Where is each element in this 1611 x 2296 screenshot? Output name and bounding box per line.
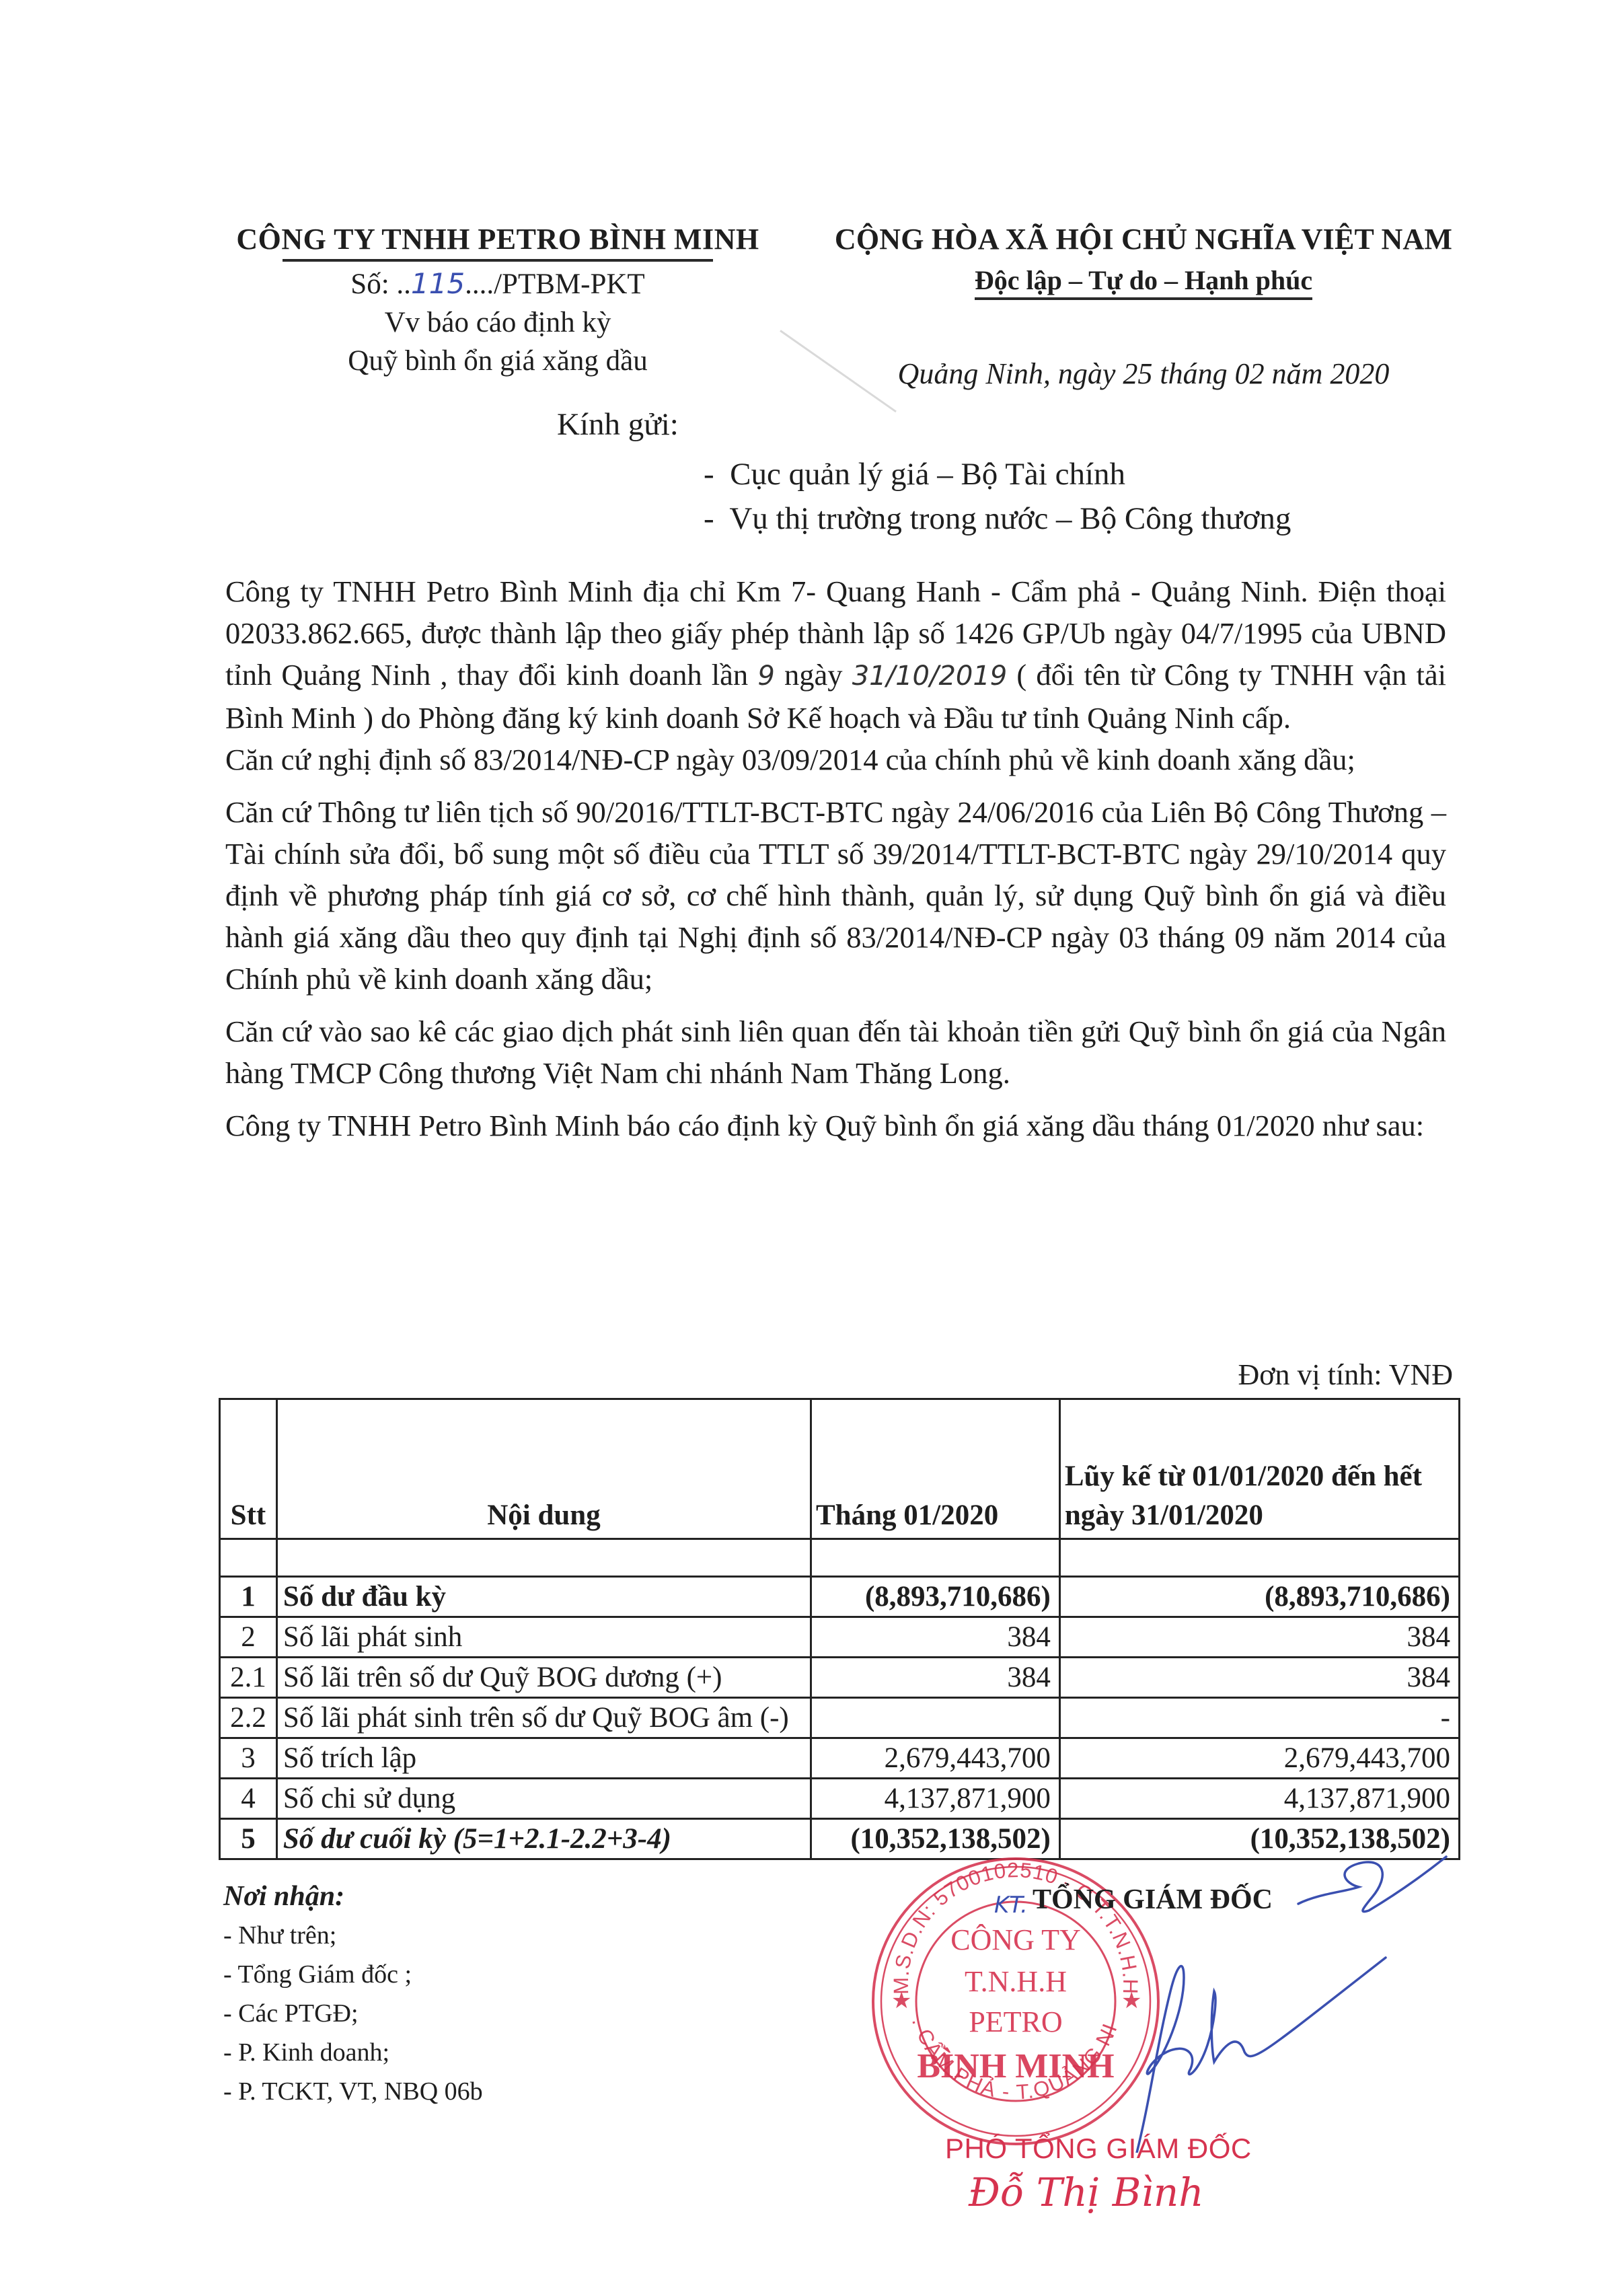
addressee-list: Cục quản lý giá – Bộ Tài chính Vụ thị tr… [704, 452, 1291, 541]
row-month-value: 384 [811, 1658, 1060, 1698]
row-cumulative-value: 2,679,443,700 [1059, 1738, 1459, 1779]
nation-title: CỘNG HÒA XÃ HỘI CHỦ NGHĨA VIỆT NAM [807, 222, 1480, 256]
doc-no-prefix: Số: .. [350, 268, 411, 300]
distribution-title: Nơi nhận: [223, 1877, 483, 1916]
distribution-item: - Như trên; [223, 1916, 483, 1955]
col-header-month: Tháng 01/2020 [811, 1399, 1060, 1539]
row-content: Số chi sử dụng [276, 1779, 811, 1819]
doc-no-suffix: ..../PTBM-PKT [465, 268, 645, 300]
col-header-cumulative: Lũy kế từ 01/01/2020 đến hết ngày 31/01/… [1059, 1399, 1459, 1539]
table-row: 2Số lãi phát sinh384384 [220, 1617, 1460, 1658]
currency-unit: Đơn vị tính: VNĐ [1238, 1358, 1453, 1392]
doc-no-handwritten: 115 [411, 267, 465, 300]
table-row: 1Số dư đầu kỳ(8,893,710,686)(8,893,710,6… [220, 1577, 1460, 1617]
subject-line-2: Quỹ bình ổn giá xăng dầu [202, 344, 794, 377]
distribution-item: - Các PTGĐ; [223, 1994, 483, 2033]
row-month-value: 384 [811, 1617, 1060, 1658]
row-content: Số trích lập [276, 1738, 811, 1779]
paragraph-company-info: Công ty TNHH Petro Bình Minh địa chỉ Km … [225, 570, 1446, 739]
handwritten-amendment-count: 9 [757, 661, 774, 692]
paragraph-report-intro: Công ty TNHH Petro Bình Minh báo cáo địn… [225, 1105, 1446, 1146]
row-content: Số dư cuối kỳ (5=1+2.1-2.2+3-4) [276, 1819, 811, 1859]
row-cumulative-value: 384 [1059, 1617, 1459, 1658]
table-row: 2.1Số lãi trên số dư Quỹ BOG dương (+)38… [220, 1658, 1460, 1698]
row-month-value: 2,679,443,700 [811, 1738, 1060, 1779]
row-content: Số lãi phát sinh trên số dư Quỹ BOG âm (… [276, 1698, 811, 1738]
row-month-value [811, 1698, 1060, 1738]
row-content: Số dư đầu kỳ [276, 1577, 811, 1617]
handwritten-amendment-date: 31/10/2019 [852, 661, 1008, 692]
row-cumulative-value: - [1059, 1698, 1459, 1738]
signer-name: Đỗ Thị Bình [969, 2170, 1204, 2215]
signer-role: PHÓ TỔNG GIÁM ĐỐC [945, 2133, 1252, 2165]
subject-line-1: Vv báo cáo định kỳ [202, 306, 794, 339]
row-cumulative-value: 384 [1059, 1658, 1459, 1698]
row-stt: 2.2 [220, 1698, 277, 1738]
row-stt: 4 [220, 1779, 277, 1819]
row-content: Số lãi trên số dư Quỹ BOG dương (+) [276, 1658, 811, 1698]
row-stt: 1 [220, 1577, 277, 1617]
row-month-value: (8,893,710,686) [811, 1577, 1060, 1617]
addressee-item: Vụ thị trường trong nước – Bộ Công thươn… [704, 496, 1291, 541]
row-stt: 2 [220, 1617, 277, 1658]
col-header-content: Nội dung [276, 1399, 811, 1539]
distribution-item: - P. Kinh doanh; [223, 2033, 483, 2072]
distribution-item: - P. TCKT, VT, NBQ 06b [223, 2072, 483, 2111]
row-content: Số lãi phát sinh [276, 1617, 811, 1658]
row-cumulative-value: (8,893,710,686) [1059, 1577, 1459, 1617]
paragraph-bank-statement: Căn cứ vào sao kê các giao dịch phát sin… [225, 1010, 1446, 1094]
national-motto: Độc lập – Tự do – Hạnh phúc [975, 264, 1312, 300]
letter-body: Công ty TNHH Petro Bình Minh địa chỉ Km … [225, 570, 1446, 1146]
table-header-row: Stt Nội dung Tháng 01/2020 Lũy kế từ 01/… [220, 1399, 1460, 1539]
fund-report-table: Stt Nội dung Tháng 01/2020 Lũy kế từ 01/… [219, 1398, 1460, 1860]
place-date: Quảng Ninh, ngày 25 tháng 02 năm 2020 [807, 357, 1480, 391]
company-name: CÔNG TY TNHH PETRO BÌNH MINH [236, 222, 759, 258]
addressee-label: Kính gửi: [557, 406, 679, 443]
document-number: Số: ..115..../PTBM-PKT [202, 267, 794, 301]
row-stt: 5 [220, 1819, 277, 1859]
issuer-block: CÔNG TY TNHH PETRO BÌNH MINH Số: ..115..… [202, 222, 794, 377]
row-stt: 3 [220, 1738, 277, 1779]
distribution-list: Nơi nhận: - Như trên; - Tổng Giám đốc ; … [223, 1877, 483, 2111]
table-row: 3Số trích lập2,679,443,7002,679,443,700 [220, 1738, 1460, 1779]
row-cumulative-value: 4,137,871,900 [1059, 1779, 1459, 1819]
company-info-text: ngày [775, 658, 852, 692]
paragraph-circular: Căn cứ Thông tư liên tịch số 90/2016/TTL… [225, 791, 1446, 1000]
addressee-item: Cục quản lý giá – Bộ Tài chính [704, 452, 1291, 496]
col-header-stt: Stt [220, 1399, 277, 1539]
handwritten-signature [982, 1830, 1453, 2153]
row-month-value: 4,137,871,900 [811, 1779, 1060, 1819]
row-stt: 2.1 [220, 1658, 277, 1698]
table-spacer-row [220, 1539, 1460, 1577]
paragraph-decree: Căn cứ nghị định số 83/2014/NĐ-CP ngày 0… [225, 739, 1446, 780]
table-row: 4Số chi sử dụng4,137,871,9004,137,871,90… [220, 1779, 1460, 1819]
seal-star-left: ★ [891, 1988, 911, 2013]
table-row: 2.2Số lãi phát sinh trên số dư Quỹ BOG â… [220, 1698, 1460, 1738]
distribution-item: - Tổng Giám đốc ; [223, 1955, 483, 1994]
national-header: CỘNG HÒA XÃ HỘI CHỦ NGHĨA VIỆT NAM Độc l… [807, 222, 1480, 391]
company-underline [283, 259, 713, 262]
